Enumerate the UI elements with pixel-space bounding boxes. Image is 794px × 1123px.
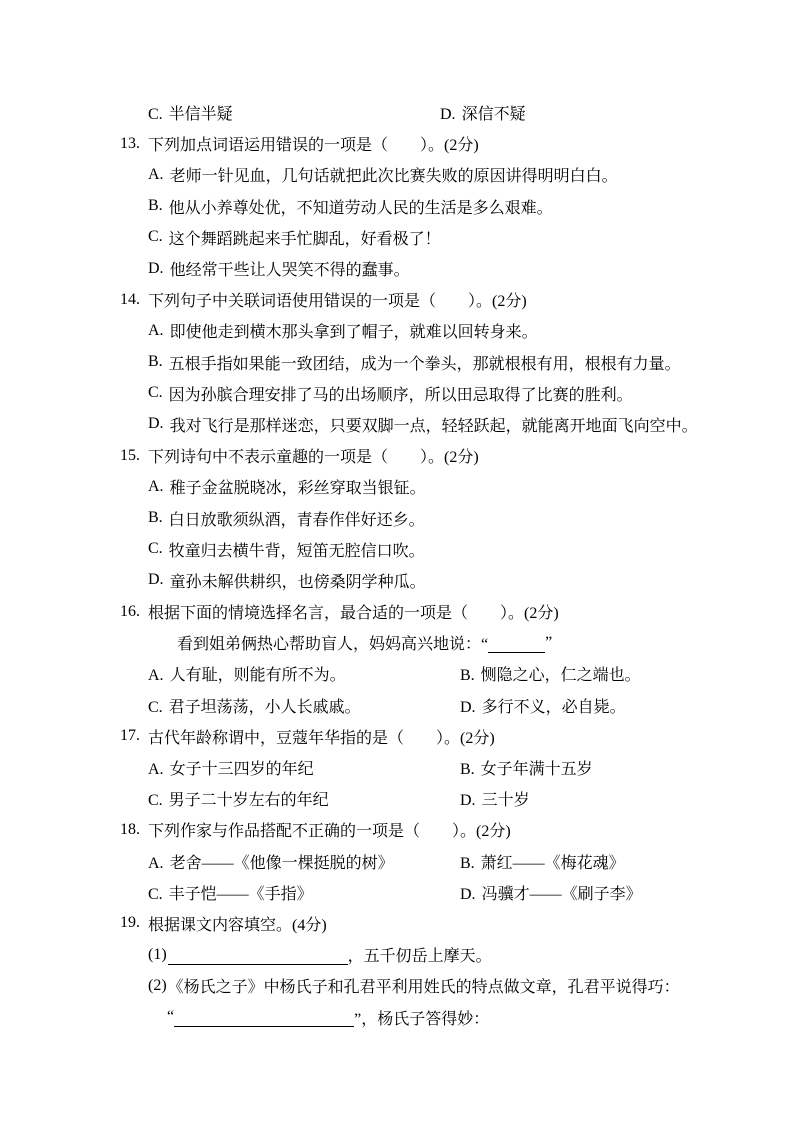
question-14-option-c: C.因为孙膑合理安排了马的出场顺序，所以田忌取得了比赛的胜利。	[120, 378, 764, 409]
option-letter: C.	[148, 384, 163, 402]
question-18-option-c: C.丰子恺——《手指》	[148, 881, 460, 904]
option-letter: A.	[148, 166, 164, 184]
question-19-part-2: (2)《杨氏之子》中杨氏子和孔君平利用姓氏的特点做文章，孔君平说得巧：	[120, 970, 764, 1001]
option-text: 这个舞蹈跳起来手忙脚乱，好看极了！	[169, 226, 441, 249]
option-letter: C.	[148, 106, 163, 124]
question-number: 13.	[120, 135, 148, 153]
option-text: 女子年满十五岁	[481, 761, 593, 778]
question-14-option-b: B.五根手指如果能一致团结，成为一个拳头，那就根根有用，根根有力量。	[120, 347, 764, 378]
option-text: 人有耻，则能有所不为。	[170, 667, 346, 684]
question-19-part-2-quote: “”，杨氏子答得妙：	[120, 1001, 764, 1032]
option-text: 因为孙膑合理安排了马的出场顺序，所以田忌取得了比赛的胜利。	[169, 382, 633, 405]
option-text: 君子坦荡荡，小人长戚戚。	[169, 699, 361, 716]
question-number: 18.	[120, 821, 148, 839]
question-number: 14.	[120, 291, 148, 309]
option-letter: A.	[148, 322, 164, 340]
question-stem-text: 下列句子中关联词语使用错误的一项是（ ）。(2分)	[148, 288, 527, 311]
option-letter: B.	[460, 761, 475, 779]
question-17-options-row-ab: A.女子十三四岁的年纪 B.女子年满十五岁	[120, 752, 764, 783]
question-13-stem: 13.下列加点词语运用错误的一项是（ ）。(2分)	[120, 128, 764, 159]
option-text: 老舍——《他像一棵挺脱的树》	[170, 855, 394, 872]
option-text: 女子十三四岁的年纪	[170, 761, 314, 778]
option-letter: C.	[148, 228, 163, 246]
situation-text: 看到姐弟俩热心帮助盲人，妈妈高兴地说：“	[177, 631, 488, 654]
option-text: 多行不义，必自毙。	[482, 699, 626, 716]
question-16-stem: 16.根据下面的情境选择名言，最合适的一项是（ ）。(2分)	[120, 596, 764, 627]
fill-in-blank-line	[488, 636, 545, 653]
question-16-options-row-ab: A.人有耻，则能有所不为。 B.恻隐之心，仁之端也。	[120, 658, 764, 689]
option-text: 冯骥才——《刷子李》	[482, 886, 642, 903]
option-text: 萧红——《梅花魂》	[481, 855, 625, 872]
question-16-options-row-cd: C.君子坦荡荡，小人长戚戚。 D.多行不义，必自毙。	[120, 690, 764, 721]
question-13-option-d: D.他经常干些让人哭笑不得的蠢事。	[120, 253, 764, 284]
question-16-option-b: B.恻隐之心，仁之端也。	[460, 662, 641, 685]
question-17-option-c: C.男子二十岁左右的年纪	[148, 787, 460, 810]
part-text: ”，杨氏子答得妙：	[354, 1006, 489, 1029]
option-letter: B.	[460, 855, 475, 873]
question-18-option-b: B.萧红——《梅花魂》	[460, 850, 625, 873]
question-14-stem: 14.下列句子中关联词语使用错误的一项是（ ）。(2分)	[120, 284, 764, 315]
option-text: 他从小养尊处优，不知道劳动人民的生活是多么艰难。	[169, 195, 553, 218]
option-letter: D.	[148, 260, 164, 278]
question-19-part-1: (1)，五千仞岳上摩天。	[120, 939, 764, 970]
option-text: 三十岁	[482, 792, 530, 809]
question-18-options-row-cd: C.丰子恺——《手指》 D.冯骥才——《刷子李》	[120, 877, 764, 908]
question-17-options-row-cd: C.男子二十岁左右的年纪 D.三十岁	[120, 783, 764, 814]
question-12-option-d: D.深信不疑	[440, 101, 526, 124]
option-letter: D.	[440, 106, 456, 124]
option-letter: C.	[148, 886, 163, 904]
option-text: 半信半疑	[169, 106, 233, 123]
option-text: 五根手指如果能一致团结，成为一个拳头，那就根根有用，根根有力量。	[169, 351, 681, 374]
part-label: (2)	[148, 977, 167, 995]
option-letter: A.	[148, 478, 164, 496]
question-16-option-c: C.君子坦荡荡，小人长戚戚。	[148, 694, 460, 717]
option-letter: A.	[148, 667, 164, 685]
question-13-option-a: A.老师一针见血，几句话就把此次比赛失败的原因讲得明明白白。	[120, 159, 764, 190]
question-14-option-d: D.我对飞行是那样迷恋，只要双脚一点，轻轻跃起，就能离开地面飞向空中。	[120, 409, 764, 440]
option-letter: D.	[460, 699, 476, 717]
closing-quote: ”	[545, 634, 552, 652]
option-text: 丰子恺——《手指》	[169, 886, 313, 903]
question-16-option-a: A.人有耻，则能有所不为。	[148, 662, 460, 685]
question-16-option-d: D.多行不义，必自毙。	[460, 694, 626, 717]
question-15-stem: 15.下列诗句中不表示童趣的一项是（ ）。(2分)	[120, 440, 764, 471]
option-text: 童孙未解供耕织，也傍桑阴学种瓜。	[170, 569, 426, 592]
option-letter: B.	[148, 197, 163, 215]
question-12-option-c: C.半信半疑	[148, 101, 440, 124]
option-letter: D.	[460, 792, 476, 810]
question-15-option-c: C.牧童归去横牛背，短笛无腔信口吹。	[120, 534, 764, 565]
question-17-option-a: A.女子十三四岁的年纪	[148, 756, 460, 779]
question-13-option-c: C.这个舞蹈跳起来手忙脚乱，好看极了！	[120, 222, 764, 253]
option-letter: C.	[148, 792, 163, 810]
question-number: 17.	[120, 727, 148, 745]
option-letter: D.	[460, 886, 476, 904]
question-15-option-d: D.童孙未解供耕织，也傍桑阴学种瓜。	[120, 565, 764, 596]
question-stem-text: 根据课文内容填空。(4分)	[148, 912, 327, 935]
question-stem-text: 古代年龄称谓中，豆蔻年华指的是（ ）。(2分)	[148, 725, 495, 748]
option-letter: A.	[148, 855, 164, 873]
question-15-option-a: A.稚子金盆脱晓冰，彩丝穿取当银钲。	[120, 471, 764, 502]
question-17-stem: 17.古代年龄称谓中，豆蔻年华指的是（ ）。(2分)	[120, 721, 764, 752]
question-12-options-row-cd: C.半信半疑 D.深信不疑	[120, 97, 764, 128]
option-text: 稚子金盆脱晓冰，彩丝穿取当银钲。	[170, 475, 426, 498]
option-letter: C.	[148, 540, 163, 558]
opening-quote: “	[167, 1008, 174, 1026]
option-letter: A.	[148, 761, 164, 779]
option-text: 牧童归去横牛背，短笛无腔信口吹。	[169, 538, 425, 561]
question-19-stem: 19.根据课文内容填空。(4分)	[120, 908, 764, 939]
fill-in-blank-line	[174, 1010, 354, 1027]
option-text: 男子二十岁左右的年纪	[169, 792, 329, 809]
option-letter: B.	[460, 667, 475, 685]
fill-in-blank-line	[168, 948, 348, 965]
question-16-situation: 看到姐弟俩热心帮助盲人，妈妈高兴地说：“”	[120, 627, 764, 658]
question-stem-text: 根据下面的情境选择名言，最合适的一项是（ ）。(2分)	[148, 600, 559, 623]
option-letter: B.	[148, 353, 163, 371]
question-stem-text: 下列加点词语运用错误的一项是（ ）。(2分)	[148, 132, 479, 155]
option-letter: C.	[148, 699, 163, 717]
question-18-option-a: A.老舍——《他像一棵挺脱的树》	[148, 850, 460, 873]
option-text: 深信不疑	[462, 106, 526, 123]
question-18-options-row-ab: A.老舍——《他像一棵挺脱的树》 B.萧红——《梅花魂》	[120, 846, 764, 877]
option-letter: D.	[148, 571, 164, 589]
option-text: 即使他走到横木那头拿到了帽子，就难以回转身来。	[170, 319, 538, 342]
question-number: 16.	[120, 603, 148, 621]
option-text: 我对飞行是那样迷恋，只要双脚一点，轻轻跃起，就能离开地面飞向空中。	[170, 413, 698, 436]
question-13-option-b: B.他从小养尊处优，不知道劳动人民的生活是多么艰难。	[120, 191, 764, 222]
part-text: 《杨氏之子》中杨氏子和孔君平利用姓氏的特点做文章，孔君平说得巧：	[168, 974, 680, 997]
question-stem-text: 下列诗句中不表示童趣的一项是（ ）。(2分)	[148, 444, 479, 467]
option-text: 白日放歌须纵酒，青春作伴好还乡。	[169, 507, 425, 530]
part-label: (1)	[148, 946, 167, 964]
question-number: 15.	[120, 447, 148, 465]
question-17-option-b: B.女子年满十五岁	[460, 756, 593, 779]
question-18-stem: 18.下列作家与作品搭配不正确的一项是（ ）。(2分)	[120, 814, 764, 845]
option-text: 老师一针见血，几句话就把此次比赛失败的原因讲得明明白白。	[170, 163, 618, 186]
option-letter: D.	[148, 415, 164, 433]
option-text: 他经常干些让人哭笑不得的蠢事。	[170, 257, 410, 280]
option-letter: B.	[148, 509, 163, 527]
question-18-option-d: D.冯骥才——《刷子李》	[460, 881, 642, 904]
part-text: ，五千仞岳上摩天。	[348, 943, 492, 966]
exam-document-page: C.半信半疑 D.深信不疑 13.下列加点词语运用错误的一项是（ ）。(2分) …	[0, 0, 794, 1123]
question-17-option-d: D.三十岁	[460, 787, 530, 810]
question-14-option-a: A.即使他走到横木那头拿到了帽子，就难以回转身来。	[120, 315, 764, 346]
question-number: 19.	[120, 914, 148, 932]
question-15-option-b: B.白日放歌须纵酒，青春作伴好还乡。	[120, 502, 764, 533]
option-text: 恻隐之心，仁之端也。	[481, 667, 641, 684]
question-stem-text: 下列作家与作品搭配不正确的一项是（ ）。(2分)	[148, 818, 511, 841]
